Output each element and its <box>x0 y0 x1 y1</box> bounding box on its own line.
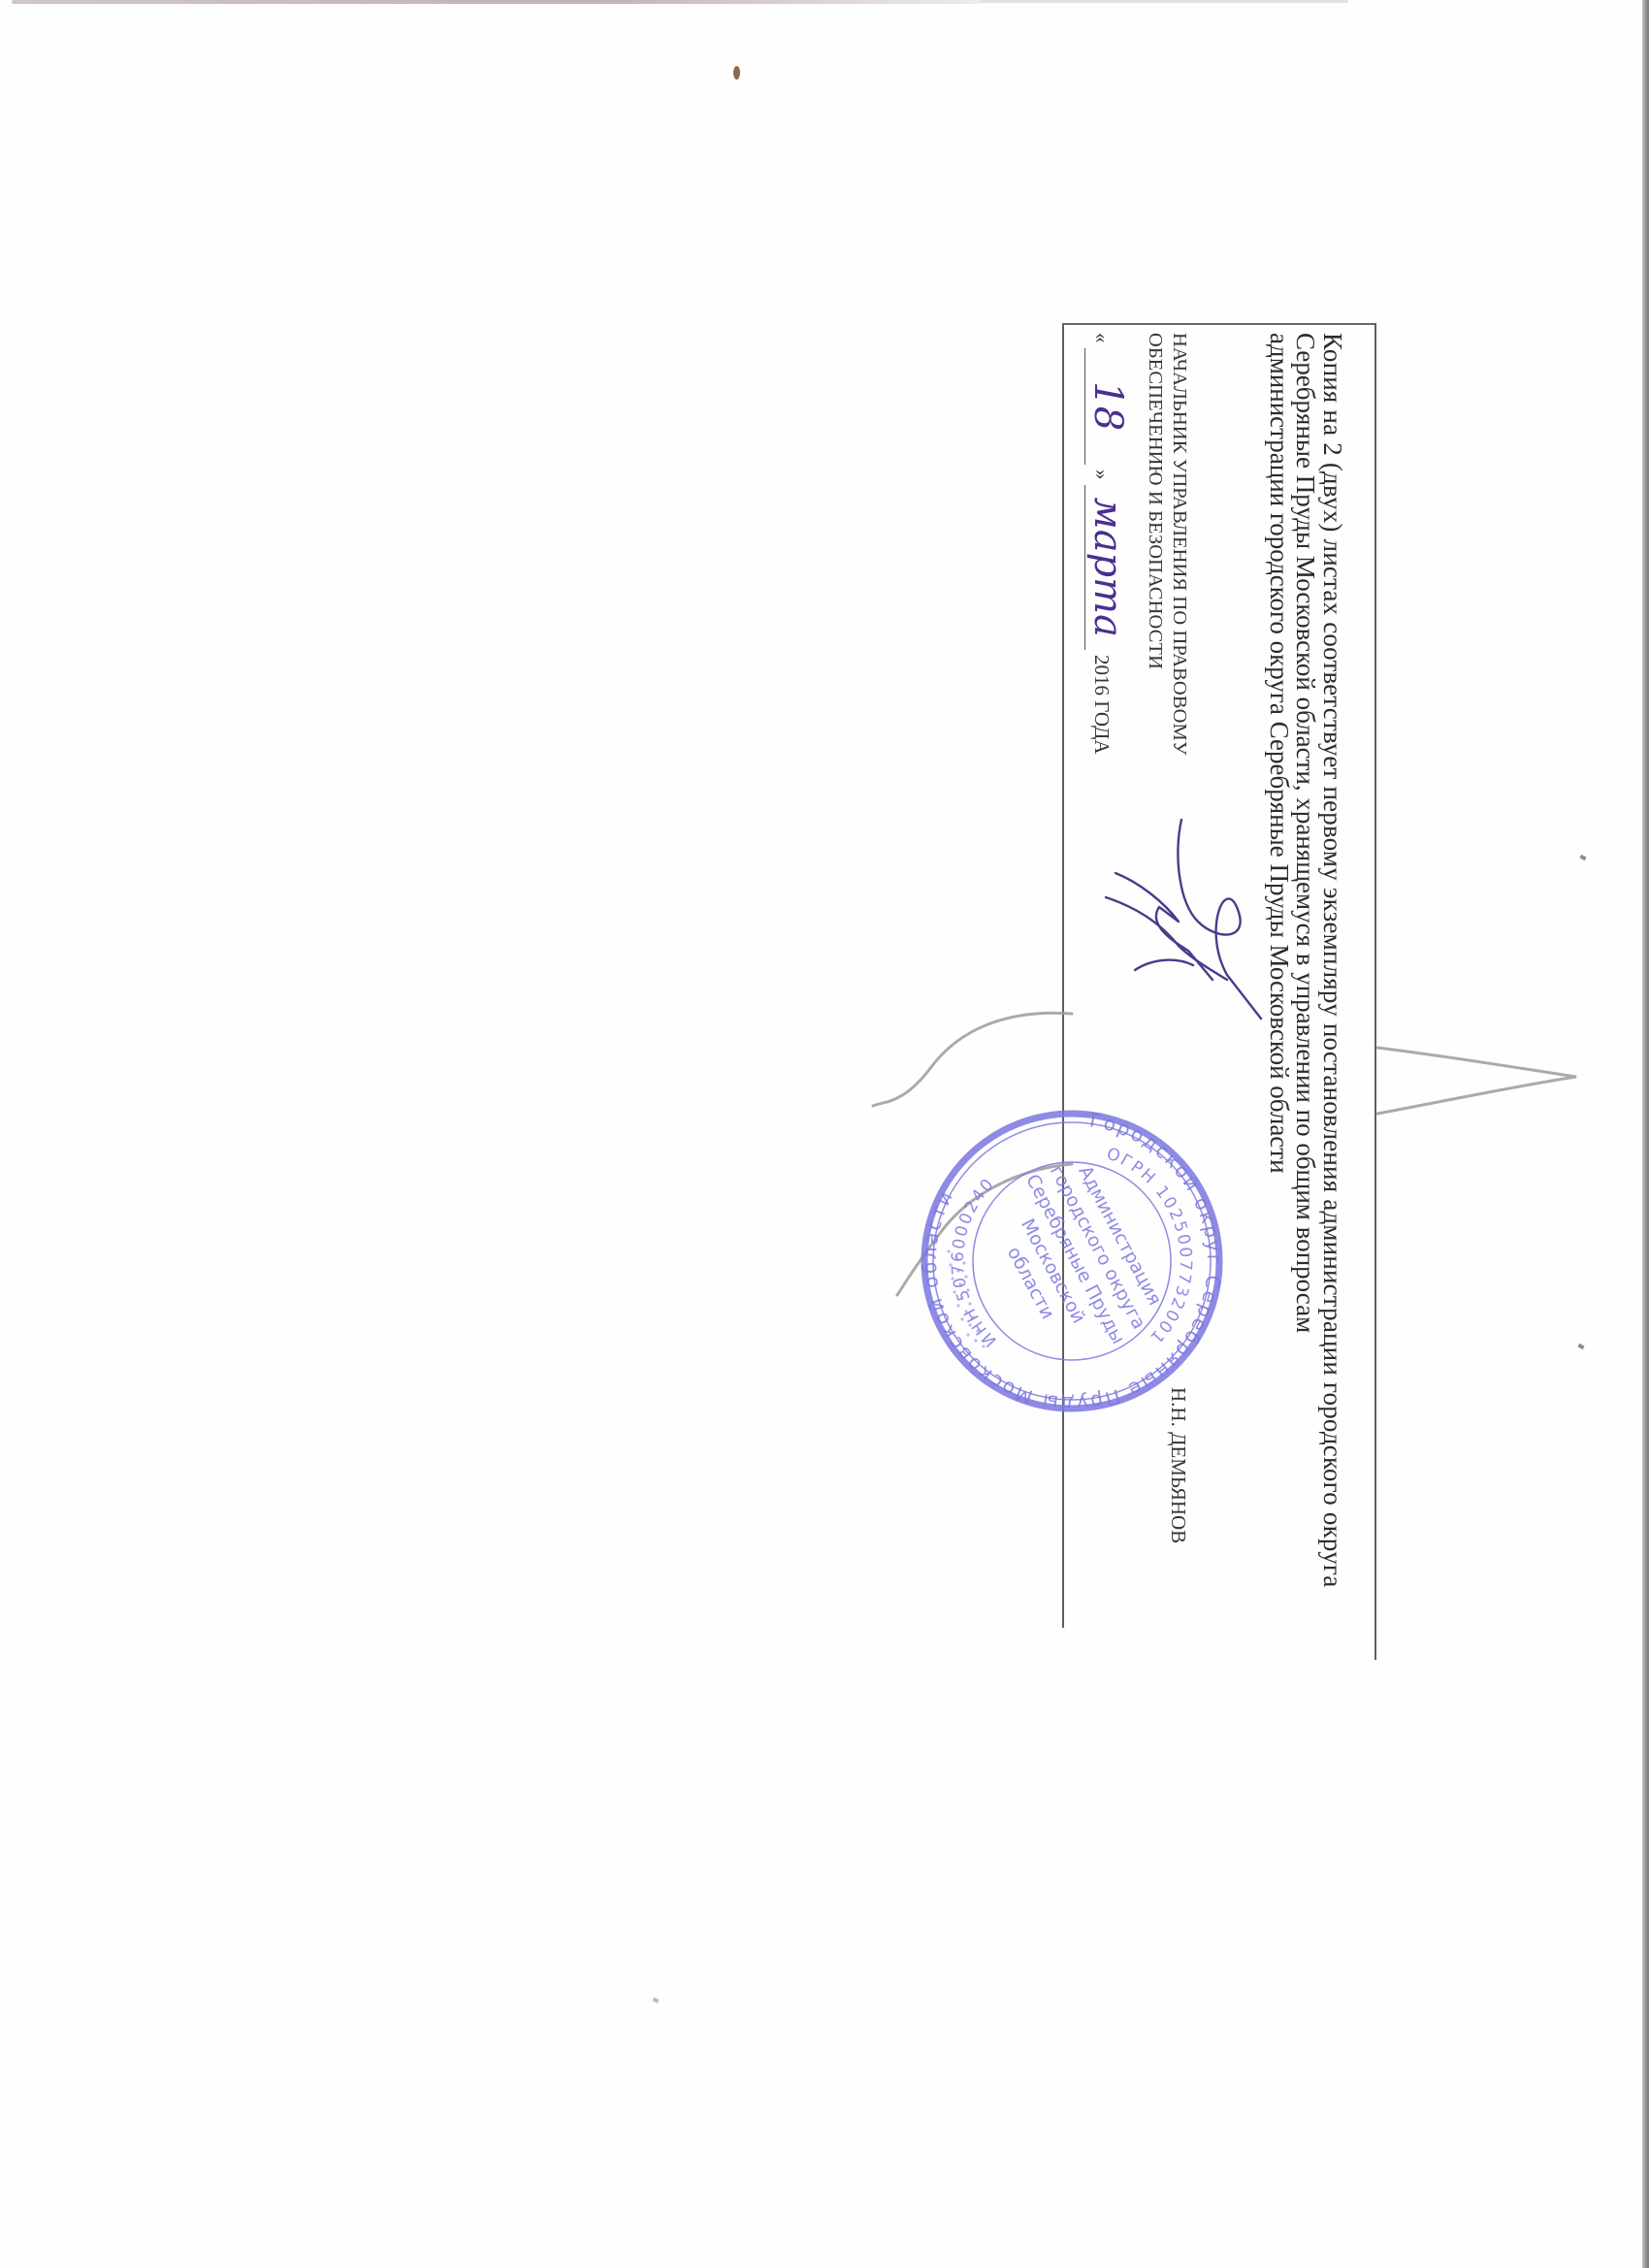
scanned-page: Копия на 2 (двух) листах соответствует п… <box>0 0 1649 2268</box>
handwriting-and-stamp-layer: Городской округ Серебряные Пруды Московс… <box>0 0 1649 2268</box>
signature <box>1106 820 1261 1019</box>
fold-lines <box>873 1013 1576 1295</box>
